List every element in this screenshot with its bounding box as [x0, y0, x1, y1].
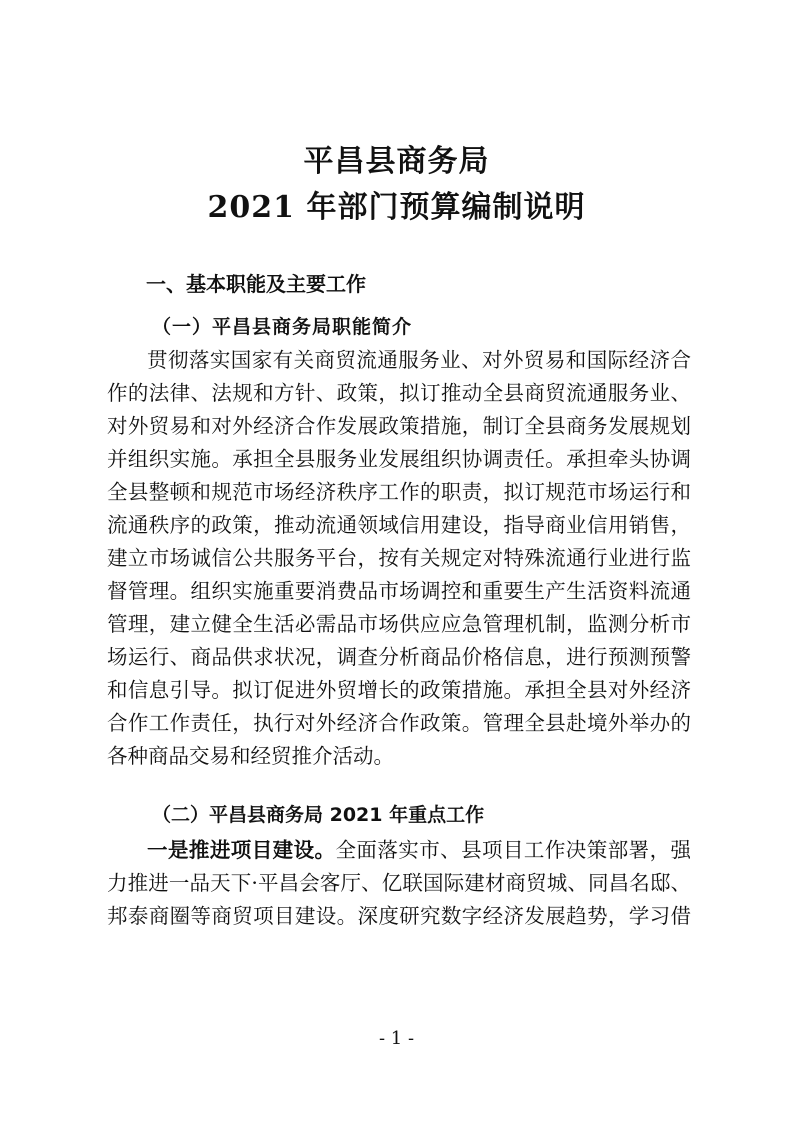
paragraph-line: 贯彻落实国家有关商贸流通服务业、对外贸易和国际经济合 [147, 345, 691, 375]
document-page: 平昌县商务局 2021 年部门预算编制说明 一、基本职能及主要工作 （一）平昌县… [0, 0, 793, 1122]
paragraph-line: 邦泰商圈等商贸项目建设。深度研究数字经济发展趋势，学习借 [107, 901, 691, 931]
paragraph-line: 建立市场诚信公共服务平台，按有关规定对特殊流通行业进行监 [107, 543, 691, 573]
paragraph-line: 力推进一品天下·平昌会客厅、亿联国际建材商贸城、同昌名邸、 [107, 868, 691, 898]
paragraph-line: 合作工作责任，执行对外经济合作政策。管理全县赴境外举办的 [107, 708, 691, 738]
paragraph-line: 场运行、商品供求状况，调查分析商品价格信息，进行预测预警 [107, 642, 691, 672]
paragraph-line: 作的法律、法规和方针、政策，拟订推动全县商贸流通服务业、 [107, 378, 691, 408]
paragraph-lead-text: 一是推进项目建设。 [147, 838, 335, 862]
paragraph-line: 各种商品交易和经贸推介活动。 [107, 741, 691, 771]
paragraph-line: 和信息引导。拟订促进外贸增长的政策措施。承担全县对外经济 [107, 675, 691, 705]
paragraph-line: 督管理。组织实施重要消费品市场调控和重要生产生活资料流通 [107, 576, 691, 606]
subsection-heading-function-intro: （一）平昌县商务局职能简介 [152, 312, 412, 342]
section-heading-basic-functions: 一、基本职能及主要工作 [146, 269, 366, 299]
paragraph-line: 全县整顿和规范市场经济秩序工作的职责，拟订规范市场运行和 [107, 477, 691, 507]
paragraph-line: 对外贸易和对外经济合作发展政策措施，制订全县商务发展规划 [107, 411, 691, 441]
paragraph-line-lead: 一是推进项目建设。全面落实市、县项目工作决策部署，强 [147, 835, 691, 865]
document-title-line-1: 平昌县商务局 [0, 142, 793, 182]
paragraph-line: 流通秩序的政策，推动流通领域信用建设，指导商业信用销售， [107, 510, 691, 540]
page-number: - 1 - [0, 1028, 793, 1049]
paragraph-text: 全面落实市、县项目工作决策部署，强 [335, 838, 691, 862]
paragraph-line: 并组织实施。承担全县服务业发展组织协调责任。承担牵头协调 [107, 444, 691, 474]
subsection-heading-key-work-2021: （二）平昌县商务局 2021 年重点工作 [152, 800, 484, 830]
document-title-line-2: 2021 年部门预算编制说明 [0, 188, 793, 228]
paragraph-line: 管理，建立健全生活必需品市场供应应急管理机制，监测分析市 [107, 609, 691, 639]
